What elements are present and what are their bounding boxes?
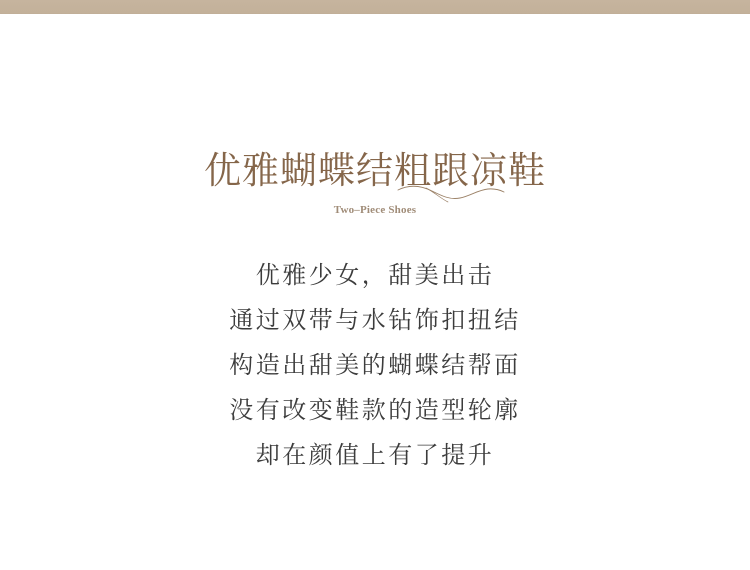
description-line: 构造出甜美的蝴蝶结帮面 [0, 343, 750, 388]
description-block: 优雅少女，甜美出击 通过双带与水钻饰扣扭结 构造出甜美的蝴蝶结帮面 没有改变鞋款… [0, 253, 750, 478]
description-line: 优雅少女，甜美出击 [0, 253, 750, 298]
page-title: 优雅蝴蝶结粗跟凉鞋 [0, 148, 750, 194]
swash-flourish-icon [396, 178, 506, 204]
description-line: 没有改变鞋款的造型轮廓 [0, 388, 750, 433]
description-line: 却在颜值上有了提升 [0, 433, 750, 478]
page-subtitle: Two–Piece Shoes [0, 204, 750, 216]
top-decorative-bar [0, 0, 750, 14]
description-line: 通过双带与水钻饰扣扭结 [0, 298, 750, 343]
